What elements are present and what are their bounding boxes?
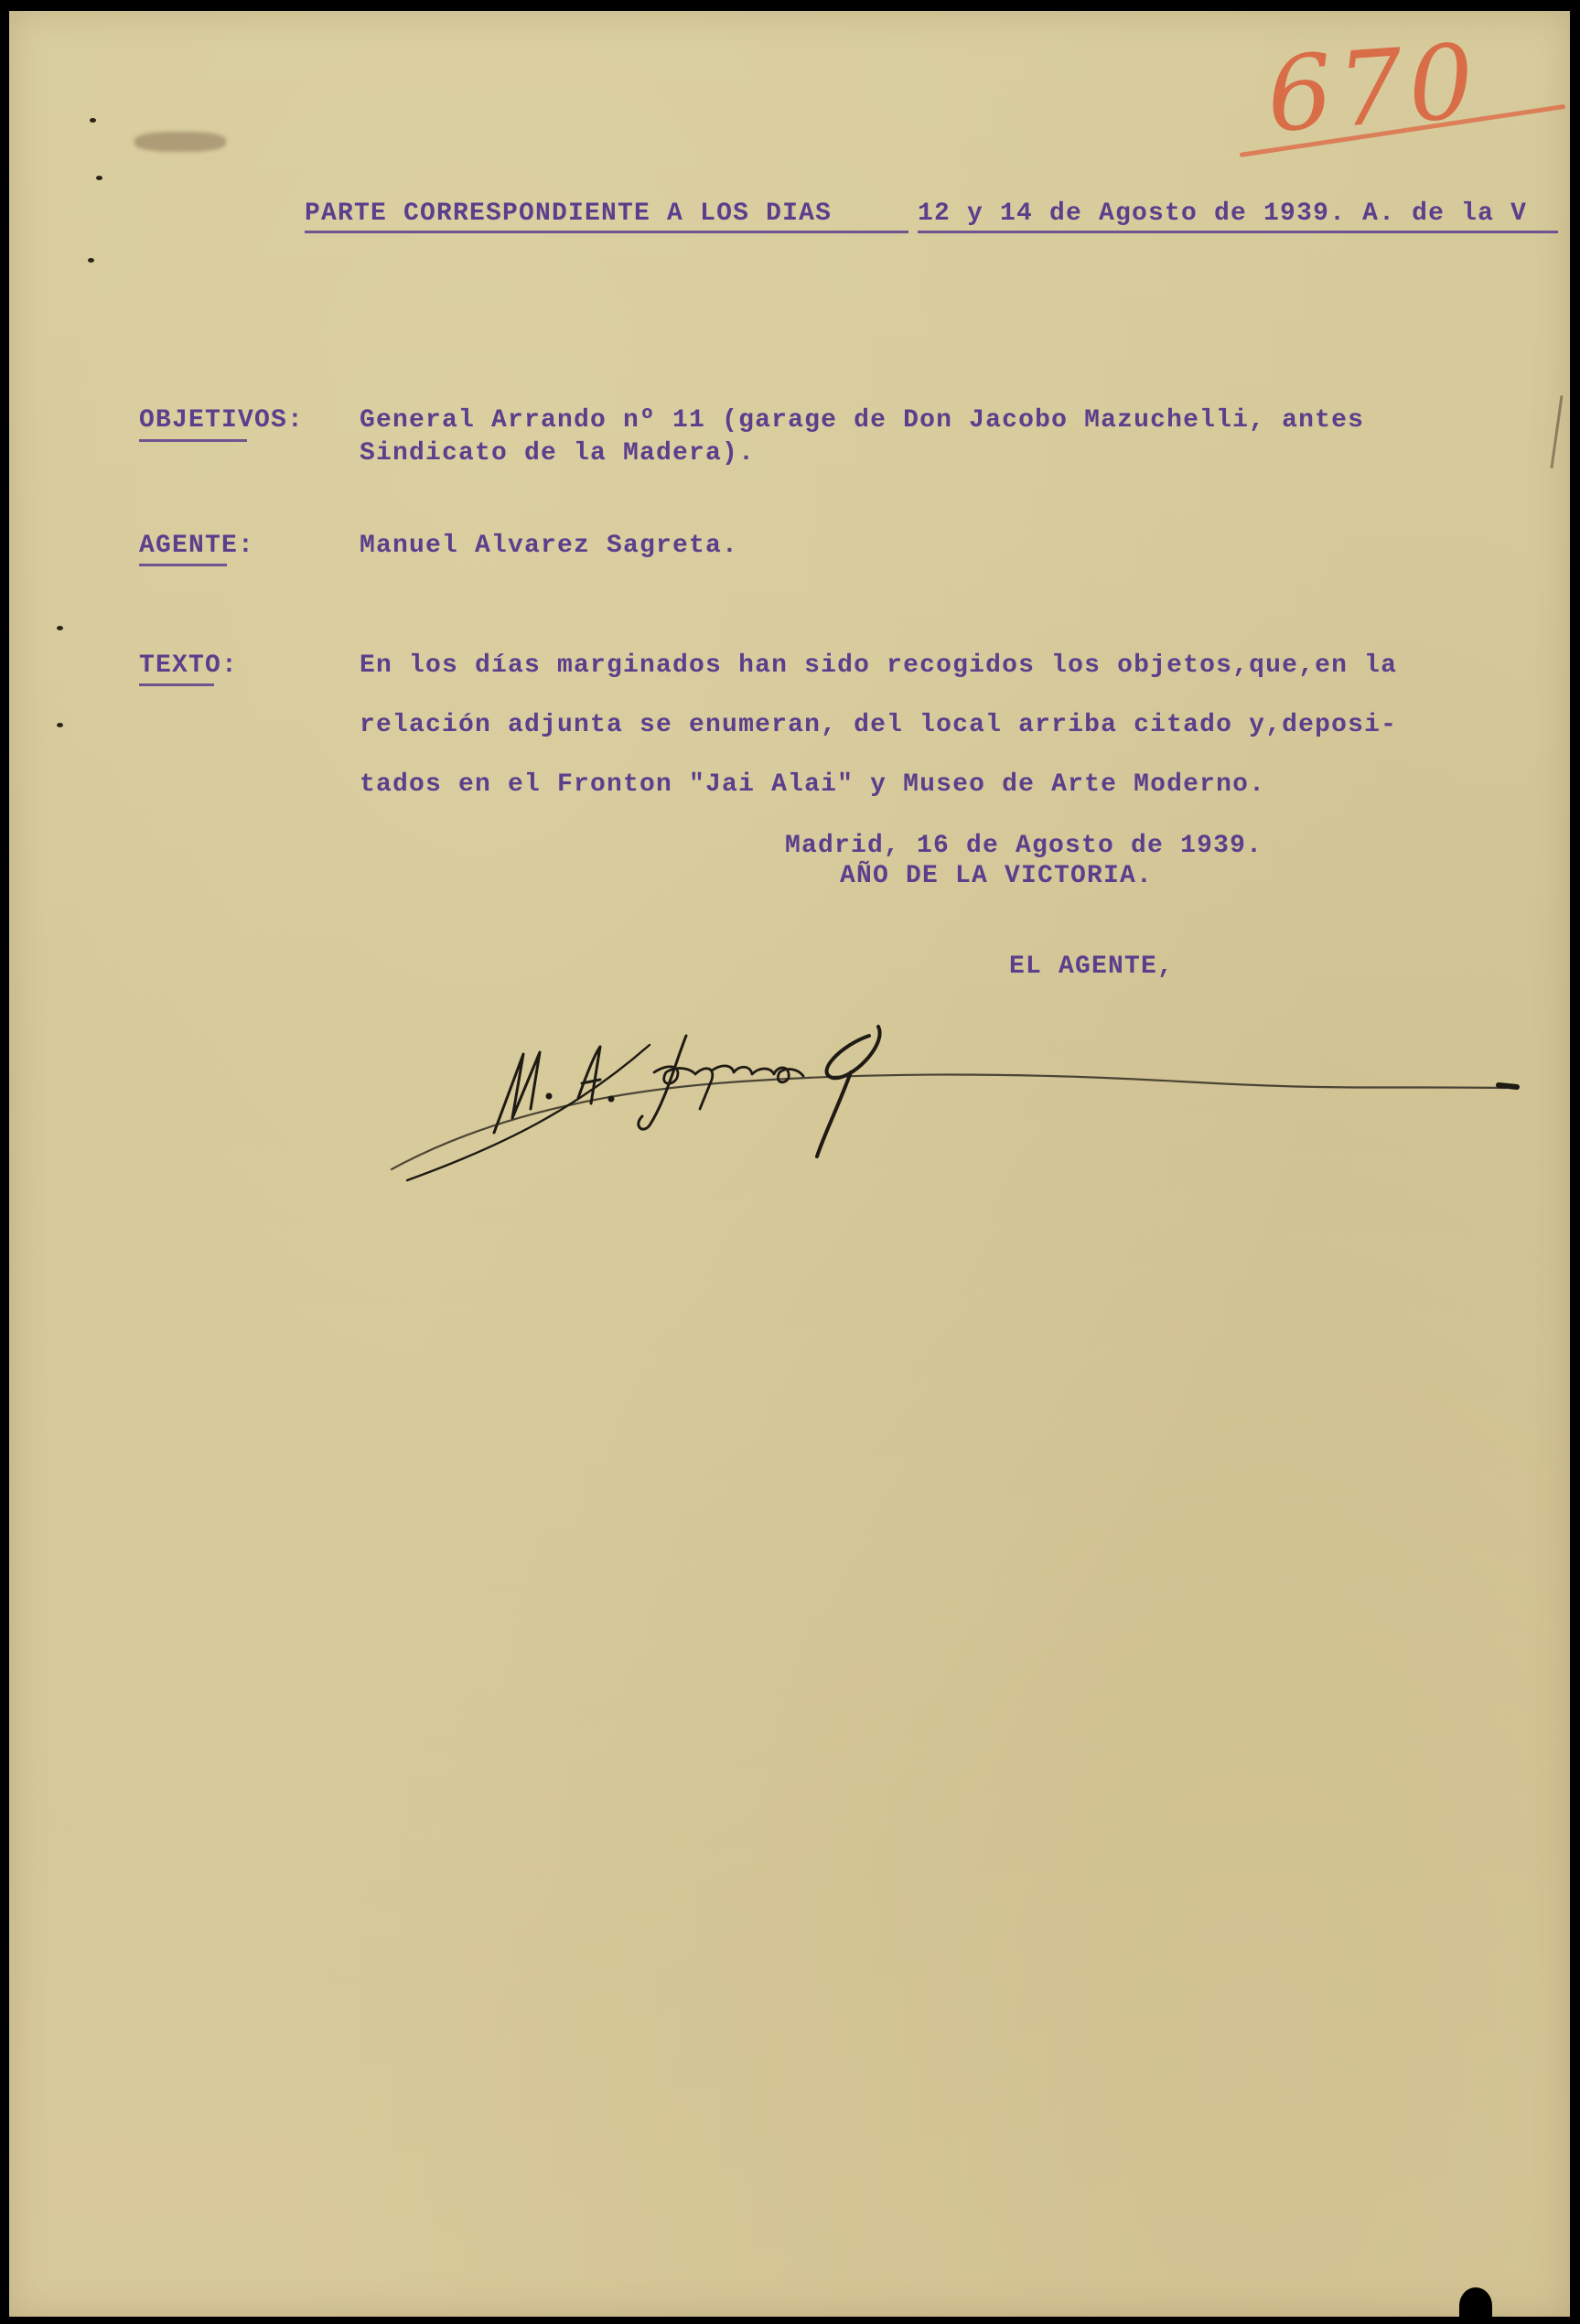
field-label-texto: TEXTO: (139, 653, 238, 679)
handwritten-signature (375, 1008, 1546, 1210)
label-underline (139, 683, 214, 686)
field-label-objetivos: OBJETIVOS: (139, 408, 304, 434)
label-underline (139, 564, 227, 566)
paper-edge-mark (1550, 395, 1563, 468)
punch-hole-mark (57, 626, 63, 630)
torn-edge (1459, 2287, 1492, 2324)
field-value-texto-line3: tados en el Fronton "Jai Alai" y Museo d… (360, 772, 1265, 798)
signatory-title: EL AGENTE, (1009, 954, 1174, 980)
field-label-agente: AGENTE: (139, 533, 254, 559)
ink-stain (134, 132, 226, 152)
field-value-objetivos-line1: General Arrando nº 11 (garage de Don Jac… (360, 408, 1364, 434)
report-header-dates: 12 y 14 de Agosto de 1939. A. de la V (918, 201, 1527, 227)
punch-hole-mark (96, 176, 102, 180)
report-header-prefix: PARTE CORRESPONDIENTE A LOS DIAS (305, 201, 832, 227)
field-value-texto-line1: En los días marginados han sido recogido… (360, 653, 1397, 679)
header-underline (918, 231, 1558, 233)
label-underline (139, 439, 247, 442)
document-page: 670 PARTE CORRESPONDIENTE A LOS DIAS 12 … (9, 11, 1570, 2317)
field-value-objetivos-line2: Sindicato de la Madera). (360, 441, 755, 467)
era-line: AÑO DE LA VICTORIA. (840, 864, 1153, 889)
punch-hole-mark (57, 723, 63, 727)
punch-hole-mark (90, 118, 96, 123)
punch-hole-mark (88, 258, 94, 263)
field-value-texto-line2: relación adjunta se enumeran, del local … (360, 713, 1397, 738)
place-and-date: Madrid, 16 de Agosto de 1939. (785, 834, 1263, 859)
header-underline (305, 231, 908, 233)
field-value-agente: Manuel Alvarez Sagreta. (360, 533, 738, 559)
